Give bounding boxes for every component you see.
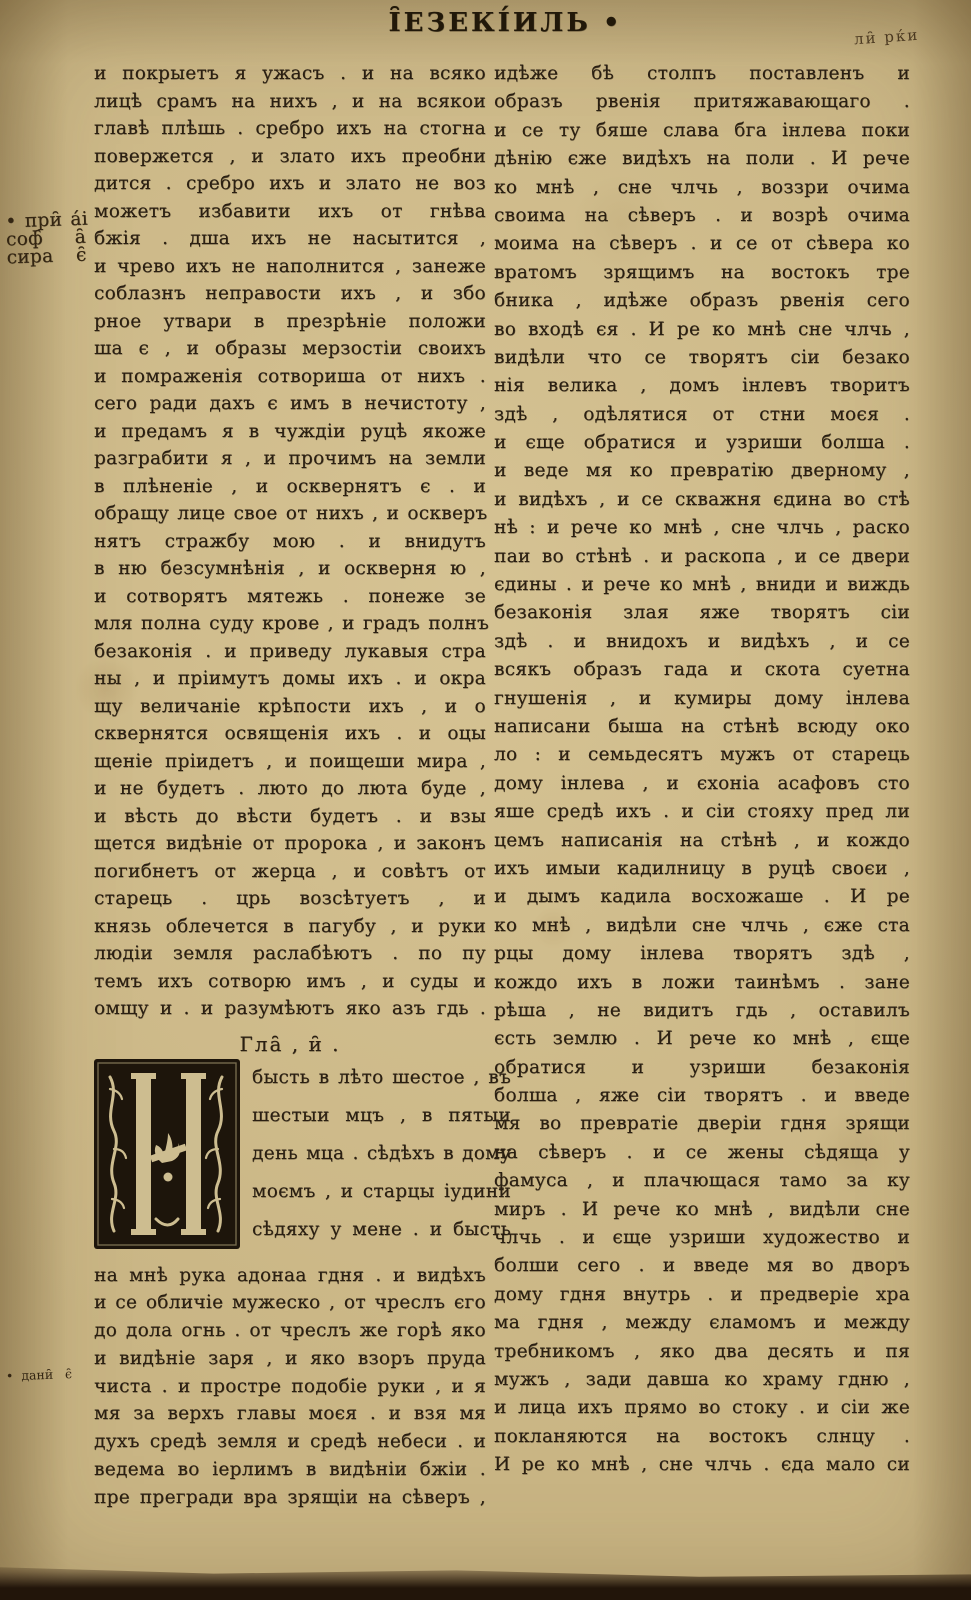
margin-note-text: • дани̑ є̑ (6, 1365, 87, 1386)
text-line: мя во превратіе дверіи гдня зрящи (494, 1110, 910, 1138)
text-line: рцы дому інлева творятъ здѣ , (494, 940, 910, 968)
text-line: и видѣхъ , и се скважня єдина во стѣ (494, 486, 910, 514)
page-bottom-edge (0, 1560, 971, 1600)
text-line: и се обличіе мужеско , от чреслъ єго (94, 1289, 486, 1317)
text-line: болша , яже сіи творятъ . и введе (494, 1082, 910, 1110)
text-line: в ню безсумнѣнія , и оскверня ю , (94, 555, 486, 583)
running-title: І̑ЕЗЕКІ́ИЛЬ • (40, 8, 971, 38)
text-line: гнушенія , и кумиры дому інлева (494, 685, 910, 713)
text-line: здѣ . и внидохъ и видѣхъ , и се (494, 628, 910, 656)
chapter-opening-row: бысть в лѣто шестое , въшестыи мцъ , в п… (94, 1059, 486, 1249)
text-line: видѣли что се творятъ сіи безако (494, 344, 910, 372)
text-line: сира є̑ (6, 247, 87, 268)
text-line: безаконія . и приведу лукавыя стра (94, 638, 486, 666)
text-line: дому інлева , и єхоніа асафовъ сто (494, 770, 910, 798)
text-line: главѣ плѣшь . сребро ихъ на стогна (94, 115, 486, 143)
text-line: єдины . и рече ко мнѣ , вниди и виждь (494, 571, 910, 599)
text-line: єсть землю . И рече ко мнѣ , єще (494, 1025, 910, 1053)
text-line: ма гдня , между єламомъ и между (494, 1309, 910, 1337)
text-line: ведема во іерлимъ в видѣніи бжіи . (94, 1456, 486, 1484)
text-line: шестыи мцъ , в пятыи (252, 1097, 511, 1135)
text-line: омщу и . и разумѣютъ яко азъ гдь . (94, 995, 486, 1023)
ornate-initial-letter-I (94, 1059, 240, 1249)
text-line: на сѣверъ . и се жены сѣдяща у (494, 1139, 910, 1167)
text-line: безаконія злая яже творятъ сіи (494, 599, 910, 627)
text-line: обращу лице свое от нихъ , и оскверъ (94, 500, 486, 528)
text-line: дится . сребро ихъ и злато не воз (94, 170, 486, 198)
text-line: и помраженія сотвориша от нихъ . (94, 363, 486, 391)
text-line: ша є , и образы мерзостіи своихъ (94, 335, 486, 363)
text-line: в плѣненіе , и осквернятъ є . и (94, 473, 486, 501)
text-line: и покрыетъ я ужасъ . и на всяко (94, 60, 486, 88)
text-line: моима на сѣверъ . и се от сѣвера ко (494, 230, 910, 258)
left-column-lines-beside-initial: бысть в лѣто шестое , въшестыи мцъ , в п… (252, 1059, 511, 1249)
text-line: сквернятся освященія ихъ . и оцы (94, 720, 486, 748)
text-line: написани быша на стѣнѣ всюду око (494, 713, 910, 741)
text-line: дѣнію єже видѣхъ на поли . И рече (494, 145, 910, 173)
text-line: ихъ имыи кадилницу в руцѣ своєи , (494, 855, 910, 883)
margin-note-cross-references: • при̑ а́і соф̑ а̑ сира є̑ (4, 175, 88, 304)
text-line: нія велика , домъ інлевъ творитъ (494, 372, 910, 400)
text-line: покланяются на востокъ слнцу . (494, 1423, 910, 1451)
text-line: соблазнъ неправости ихъ , и збо (94, 280, 486, 308)
text-line: миръ . И рече ко мнѣ , видѣли сне (494, 1196, 910, 1224)
text-line: мля полна суду крове , и градъ полнъ (94, 610, 486, 638)
text-line: и вѣсть до вѣсти будетъ . и взы (94, 803, 486, 831)
text-line: чиста . и простре подобіе руки , и я (94, 1373, 486, 1401)
text-line: идѣже бѣ столпъ поставленъ и (494, 60, 910, 88)
text-line: и лица ихъ прямо во стоку . и сіи же (494, 1394, 910, 1422)
text-line: паи во стѣнѣ . и раскопа , и се двери (494, 543, 910, 571)
text-line: и єще обратися и узриши болша . (494, 429, 910, 457)
text-line: и предамъ я в чуждіи руцѣ якоже (94, 418, 486, 446)
margin-note-daniel-reference: • дани̑ є̑ (4, 1329, 87, 1422)
text-line: лицѣ срамъ на нихъ , и на всякои (94, 88, 486, 116)
text-line: пре прегради вра зрящіи на сѣверъ , (94, 1484, 486, 1512)
text-line: и сотворятъ мятежь . понеже зе (94, 583, 486, 611)
text-line: бысть в лѣто шестое , въ (252, 1059, 511, 1097)
text-line: рѣша , не видитъ гдь , оставилъ (494, 997, 910, 1025)
text-line: рное утвари в презрѣніе положи (94, 308, 486, 336)
text-line: мя за верхъ главы моєя . и взя мя (94, 1400, 486, 1428)
text-line: болши сего . и введе мя во дворъ (494, 1252, 910, 1280)
text-line: мужъ , зади давша ко храму гдню , (494, 1366, 910, 1394)
text-line: дому гдня внутрь . и предверіе хра (494, 1281, 910, 1309)
text-line: и не будетъ . люто до люта буде , (94, 775, 486, 803)
text-line: и дымъ кадила восхожаше . И ре (494, 883, 910, 911)
text-line: и чрево ихъ не наполнится , занеже (94, 253, 486, 281)
text-line: ны , и пріимутъ домы ихъ . и окра (94, 665, 486, 693)
text-line: старець . црь возсѣтуетъ , и (94, 885, 486, 913)
text-line: темъ ихъ сотворю имъ , и суды и (94, 968, 486, 996)
text-line: цемъ написанія на стѣнѣ , и кождо (494, 827, 910, 855)
text-line: всякъ образъ гада и скота суетна (494, 656, 910, 684)
text-line: кождо ихъ в ложи таинѣмъ . зане (494, 969, 910, 997)
text-line: щется видѣніе от пророка , и законъ (94, 830, 486, 858)
text-line: нѣ : и рече ко мнѣ , сне члчь , раско (494, 514, 910, 542)
text-line: погибнетъ от жерца , и совѣтъ от (94, 858, 486, 886)
text-line: ко мнѣ , сне члчь , воззри очима (494, 174, 910, 202)
text-line: ко мнѣ , видѣли сне члчь , єже ста (494, 912, 910, 940)
left-column-lines-before-chapter: и покрыетъ я ужасъ . и на всяколицѣ срам… (94, 60, 486, 1023)
text-line: можетъ избавити ихъ от гнѣва (94, 198, 486, 226)
text-line: яше средѣ ихъ . и сіи стояху пред ли (494, 798, 910, 826)
right-column-lines: идѣже бѣ столпъ поставленъ иобразъ рвені… (494, 60, 910, 1480)
text-line: на мнѣ рука адонаа гдня . и видѣхъ (94, 1262, 486, 1290)
text-line: повержется , и злато ихъ преобни (94, 143, 486, 171)
book-page: І̑ЕЗЕКІ́ИЛЬ • ли̑ рќи • при̑ а́і соф̑ а̑… (0, 0, 971, 1600)
text-line: моємъ , и старцы іудини (252, 1173, 511, 1211)
text-line: сего ради дахъ є имъ в нечистоту , (94, 390, 486, 418)
text-line: вратомъ зрящимъ на востокъ тре (494, 259, 910, 287)
text-line: члчь . и єще узриши художество и (494, 1224, 910, 1252)
text-line: до дола огнь . от чреслъ же горѣ яко (94, 1317, 486, 1345)
text-line: бника , идѣже образъ рвенія сего (494, 287, 910, 315)
text-line: своима на сѣверъ . и возрѣ очима (494, 202, 910, 230)
text-line: И ре ко мнѣ , сне члчь . єда мало си (494, 1451, 910, 1479)
text-line: фамуса , и плачющася тамо за ку (494, 1167, 910, 1195)
right-text-column: идѣже бѣ столпъ поставленъ иобразъ рвені… (494, 60, 910, 1480)
left-text-column: и покрыетъ я ужасъ . и на всяколицѣ срам… (94, 60, 486, 1512)
text-line: день мца . сѣдѣхъ в дому (252, 1135, 511, 1173)
text-line: и се ту бяше слава бга інлева поки (494, 117, 910, 145)
text-line: бжія . дша ихъ не насытится , (94, 225, 486, 253)
text-line: щу величаніе крѣпости ихъ , и о (94, 693, 486, 721)
folio-number: ли̑ рќи (853, 26, 919, 49)
text-line: разграбити я , и прочимъ на земли (94, 445, 486, 473)
text-line: во входѣ єя . И ре ко мнѣ сне члчь , (494, 316, 910, 344)
text-line: ло : и семьдесятъ мужъ от старець (494, 741, 910, 769)
text-line: здѣ , одѣлятися от стни моєя . (494, 401, 910, 429)
text-line: щеніе пріидетъ , и поищеши мира , (94, 748, 486, 776)
text-line: нятъ стражбу мою . и внидутъ (94, 528, 486, 556)
text-line: и видѣніе заря , и яко взоръ пруда (94, 1345, 486, 1373)
text-line: сѣдяху у мене . и бысть (252, 1211, 511, 1249)
chapter-heading: Гла̑ , и̑ . (94, 1023, 486, 1059)
text-line: требникомъ , яко два десять и пя (494, 1338, 910, 1366)
text-line: князь облечется в пагубу , и руки (94, 913, 486, 941)
text-line: духъ средѣ земля и средѣ небеси . и (94, 1428, 486, 1456)
text-line: людіи земля раслабѣютъ . по пу (94, 940, 486, 968)
text-line: и веде мя ко превратію дверному , (494, 457, 910, 485)
text-line: образъ рвенія притяжавающаго . (494, 88, 910, 116)
text-line: обратися и узриши безаконія (494, 1054, 910, 1082)
left-column-lines-after-initial: на мнѣ рука адонаа гдня . и видѣхъи се о… (94, 1262, 486, 1512)
